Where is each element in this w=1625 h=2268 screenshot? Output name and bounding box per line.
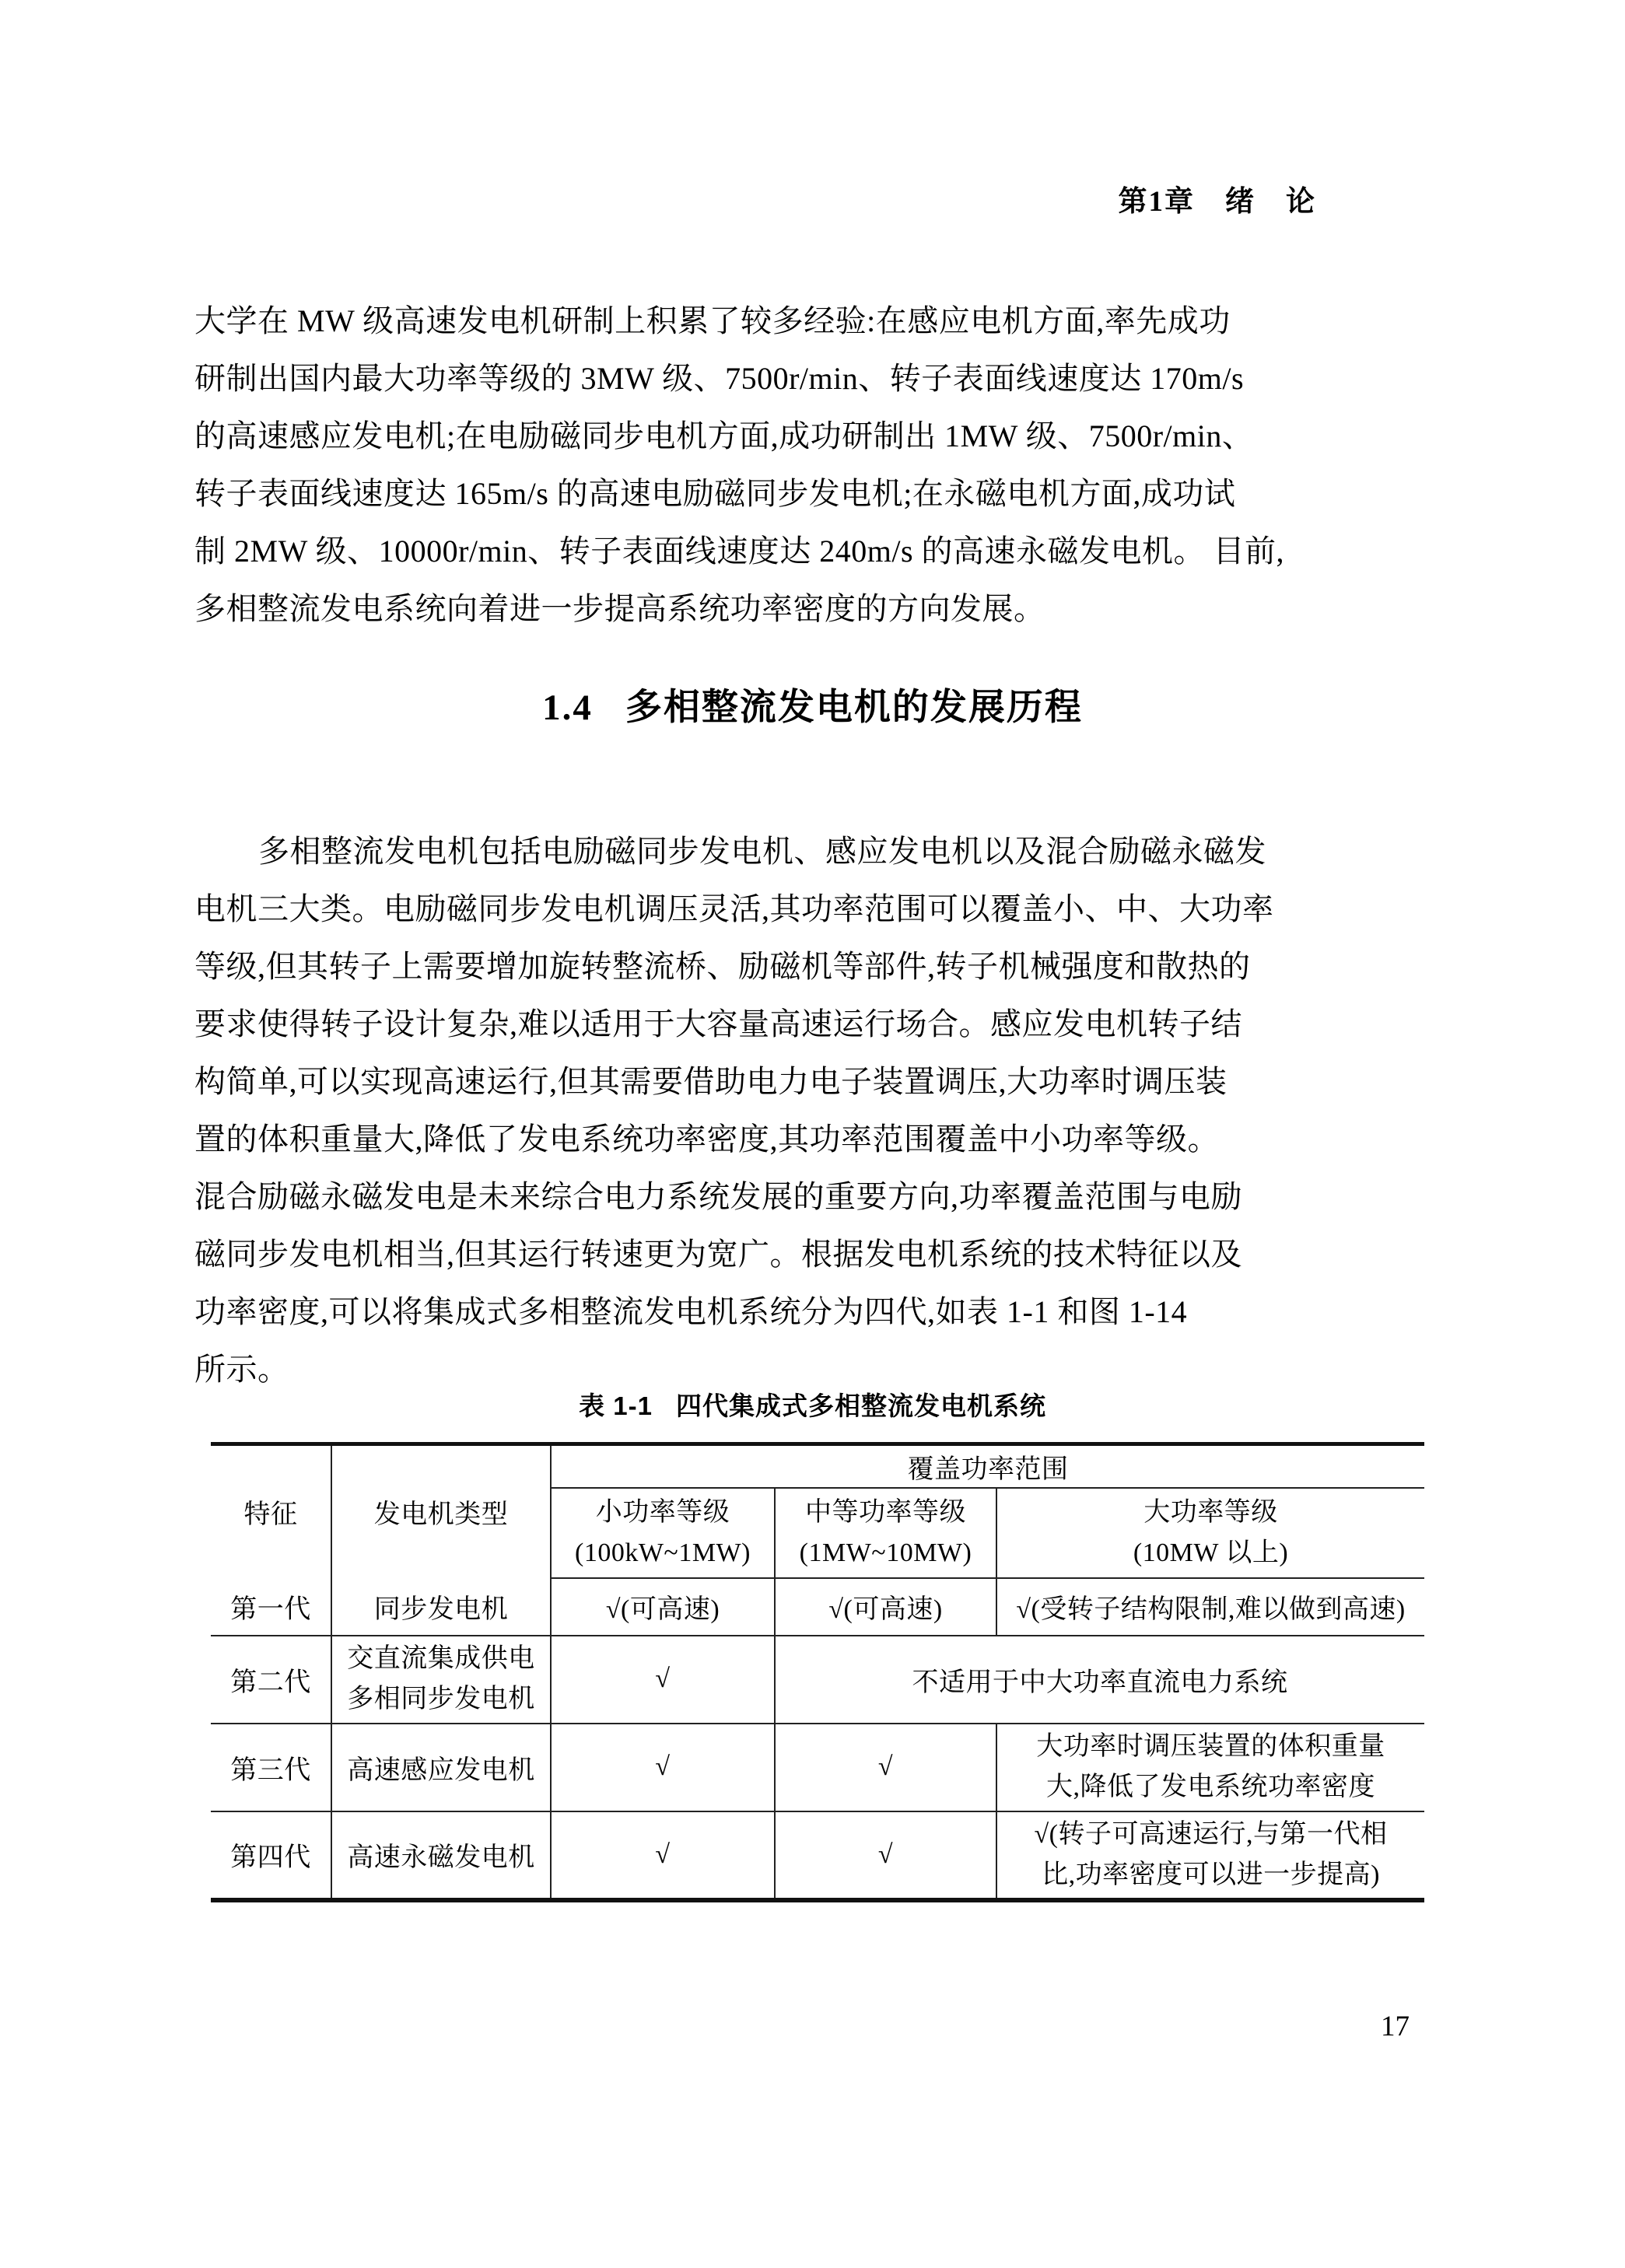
cell-feature: 第四代 [211, 1811, 331, 1900]
body-line: 要求使得转子设计复杂,难以适用于大容量高速运行场合。感应发电机转子结 [194, 996, 1433, 1053]
cell-large-power: √(受转子结构限制,难以做到高速) [996, 1578, 1424, 1636]
table-caption-number: 表 1-1 [579, 1391, 653, 1420]
cell-feature: 第二代 [211, 1636, 331, 1724]
paragraph-2: 多相整流发电机包括电励磁同步发电机、感应发电机以及混合励磁永磁发 电机三大类。电… [194, 823, 1433, 1398]
cell-small-power: √ [551, 1636, 775, 1724]
table-caption: 表 1-1四代集成式多相整流发电机系统 [0, 1386, 1625, 1423]
table-row: 第二代 交直流集成供电 多相同步发电机 √ 不适用于中大功率直流电力系统 [211, 1636, 1424, 1724]
cell-large-power: 大功率时调压装置的体积重量 大,降低了发电系统功率密度 [996, 1724, 1424, 1811]
table-row: 第三代 高速感应发电机 √ √ 大功率时调压装置的体积重量 大,降低了发电系统功… [211, 1724, 1424, 1811]
cell-mid-power: √ [775, 1811, 996, 1900]
header-cell-small-power: 小功率等级 (100kW~1MW) [551, 1488, 775, 1578]
cell-generator-type: 同步发电机 [331, 1578, 551, 1636]
header-cell-feature: 特征 [211, 1444, 331, 1578]
body-line: 功率密度,可以将集成式多相整流发电机系统分为四代,如表 1-1 和图 1-14 [194, 1283, 1433, 1341]
cell-line: 比,功率密度可以进一步提高) [1000, 1855, 1421, 1895]
table-row: 第一代 同步发电机 √(可高速) √(可高速) √(受转子结构限制,难以做到高速… [211, 1578, 1424, 1636]
table-row: 第四代 高速永磁发电机 √ √ √(转子可高速运行,与第一代相 比,功率密度可以… [211, 1811, 1424, 1900]
section-number: 1.4 [542, 688, 593, 728]
cell-mid-power: √(可高速) [775, 1578, 996, 1636]
body-line: 构简单,可以实现高速运行,但其需要借助电力电子装置调压,大功率时调压装 [194, 1053, 1433, 1111]
generations-table: 特征 发电机类型 覆盖功率范围 小功率等级 (100kW~1MW) 中等功率等级… [211, 1442, 1424, 1902]
cell-line: 多相同步发电机 [335, 1679, 547, 1720]
cell-generator-type: 高速感应发电机 [331, 1724, 551, 1811]
cell-feature: 第三代 [211, 1724, 331, 1811]
cell-line: 交直流集成供电 [335, 1639, 547, 1679]
body-line: 转子表面线速度达 165m/s 的高速电励磁同步发电机;在永磁电机方面,成功试 [194, 465, 1433, 523]
book-page: 第1章 绪 论 大学在 MW 级高速发电机研制上积累了较多经验:在感应电机方面,… [0, 0, 1625, 2268]
cell-line: 大,降低了发电系统功率密度 [1000, 1767, 1421, 1808]
body-line: 电机三大类。电励磁同步发电机调压灵活,其功率范围可以覆盖小、中、大功率 [194, 880, 1433, 938]
paragraph-1: 大学在 MW 级高速发电机研制上积累了较多经验:在感应电机方面,率先成功 研制出… [194, 292, 1433, 638]
section-heading: 1.4多相整流发电机的发展历程 [0, 678, 1625, 730]
cell-mid-power: √ [775, 1724, 996, 1811]
section-title: 多相整流发电机的发展历程 [625, 686, 1083, 727]
running-head: 第1章 绪 论 [1119, 177, 1317, 219]
body-line: 多相整流发电机包括电励磁同步发电机、感应发电机以及混合励磁永磁发 [194, 823, 1433, 880]
header-line: (10MW 以上) [1000, 1533, 1421, 1573]
cell-merged-mid-large: 不适用于中大功率直流电力系统 [775, 1636, 1424, 1724]
header-line: 小功率等级 [555, 1493, 771, 1533]
body-line: 的高速感应发电机;在电励磁同步电机方面,成功研制出 1MW 级、7500r/mi… [194, 408, 1433, 465]
cell-large-power: √(转子可高速运行,与第一代相 比,功率密度可以进一步提高) [996, 1811, 1424, 1900]
body-line: 磁同步发电机相当,但其运行转速更为宽广。根据发电机系统的技术特征以及 [194, 1226, 1433, 1283]
page-number: 17 [1381, 2010, 1410, 2043]
body-line: 大学在 MW 级高速发电机研制上积累了较多经验:在感应电机方面,率先成功 [194, 292, 1433, 350]
body-line: 置的体积重量大,降低了发电系统功率密度,其功率范围覆盖中小功率等级。 [194, 1111, 1433, 1168]
header-cell-generator-type: 发电机类型 [331, 1444, 551, 1578]
header-line: (100kW~1MW) [555, 1533, 771, 1573]
table-caption-title: 四代集成式多相整流发电机系统 [676, 1391, 1046, 1420]
body-line: 多相整流发电系统向着进一步提高系统功率密度的方向发展。 [194, 580, 1433, 638]
header-line: 大功率等级 [1000, 1493, 1421, 1533]
body-line: 混合励磁永磁发电是未来综合电力系统发展的重要方向,功率覆盖范围与电励 [194, 1168, 1433, 1226]
cell-generator-type: 交直流集成供电 多相同步发电机 [331, 1636, 551, 1724]
cell-generator-type: 高速永磁发电机 [331, 1811, 551, 1900]
cell-small-power: √ [551, 1724, 775, 1811]
cell-small-power: √ [551, 1811, 775, 1900]
header-cell-power-range-group: 覆盖功率范围 [551, 1444, 1424, 1488]
header-line: 中等功率等级 [779, 1493, 993, 1533]
cell-small-power: √(可高速) [551, 1578, 775, 1636]
cell-line: √(转子可高速运行,与第一代相 [1000, 1815, 1421, 1855]
header-line: (1MW~10MW) [779, 1533, 993, 1573]
header-cell-mid-power: 中等功率等级 (1MW~10MW) [775, 1488, 996, 1578]
cell-line: 大功率时调压装置的体积重量 [1000, 1727, 1421, 1767]
cell-feature: 第一代 [211, 1578, 331, 1636]
body-line: 制 2MW 级、10000r/min、转子表面线速度达 240m/s 的高速永磁… [194, 523, 1433, 580]
body-line: 等级,但其转子上需要增加旋转整流桥、励磁机等部件,转子机械强度和散热的 [194, 938, 1433, 996]
body-line: 研制出国内最大功率等级的 3MW 级、7500r/min、转子表面线速度达 17… [194, 350, 1433, 408]
header-cell-large-power: 大功率等级 (10MW 以上) [996, 1488, 1424, 1578]
